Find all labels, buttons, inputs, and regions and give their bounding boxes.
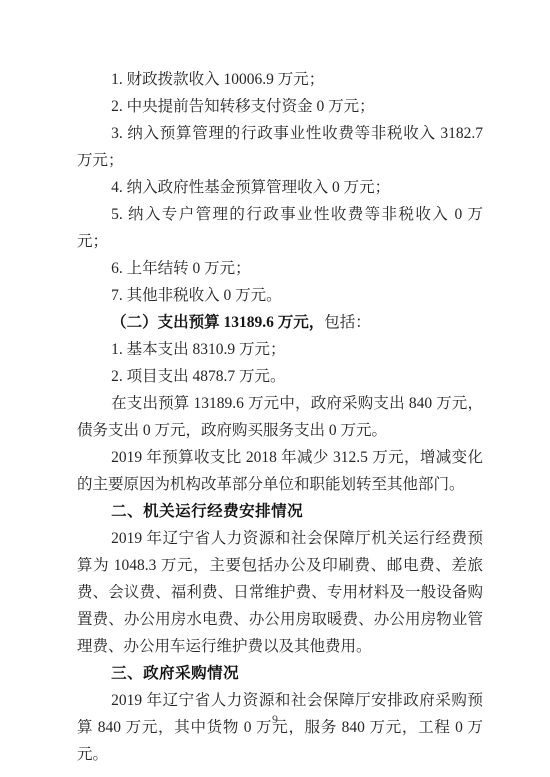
income-item-7: 7. 其他非税收入 0 万元。 [77, 282, 483, 309]
expense-item-1: 1. 基本支出 8310.9 万元； [77, 336, 483, 363]
income-item-5: 5. 纳入专户管理的行政事业性收费等非税收入 0 万元； [77, 201, 483, 255]
income-item-2: 2. 中央提前告知转移支付资金 0 万元； [77, 93, 483, 120]
income-item-3: 3. 纳入预算管理的行政事业性收费等非税收入 3182.7 万元； [77, 120, 483, 174]
expense-budget-heading: （二）支出预算 13189.6 万元，包括： [77, 309, 483, 336]
expense-budget-heading-rest: 包括： [324, 314, 371, 331]
income-item-6: 6. 上年结转 0 万元； [77, 255, 483, 282]
year-change-paragraph: 2019 年预算收支比 2018 年减少 312.5 万元，增减变化的主要原因为… [77, 444, 483, 498]
document-body: 1. 财政拨款收入 10006.9 万元； 2. 中央提前告知转移支付资金 0 … [77, 66, 483, 768]
section-heading-three: 三、政府采购情况 [77, 660, 483, 687]
expense-budget-heading-bold: （二）支出预算 13189.6 万元， [111, 314, 324, 331]
income-item-4: 4. 纳入政府性基金预算管理收入 0 万元； [77, 174, 483, 201]
section-heading-two: 二、机关运行经费安排情况 [77, 498, 483, 525]
expense-item-2: 2. 项目支出 4878.7 万元。 [77, 363, 483, 390]
document-page: 1. 财政拨款收入 10006.9 万元； 2. 中央提前告知转移支付资金 0 … [0, 0, 550, 777]
gov-procurement-paragraph: 2019 年辽宁省人力资源和社会保障厅安排政府采购预算 840 万元，其中货物 … [77, 687, 483, 768]
income-item-1: 1. 财政拨款收入 10006.9 万元； [77, 66, 483, 93]
page-number: 9 [0, 712, 550, 727]
operating-cost-paragraph: 2019 年辽宁省人力资源和社会保障厅机关运行经费预算为 1048.3 万元，主… [77, 525, 483, 660]
expense-detail-paragraph: 在支出预算 13189.6 万元中，政府采购支出 840 万元，债务支出 0 万… [77, 390, 483, 444]
